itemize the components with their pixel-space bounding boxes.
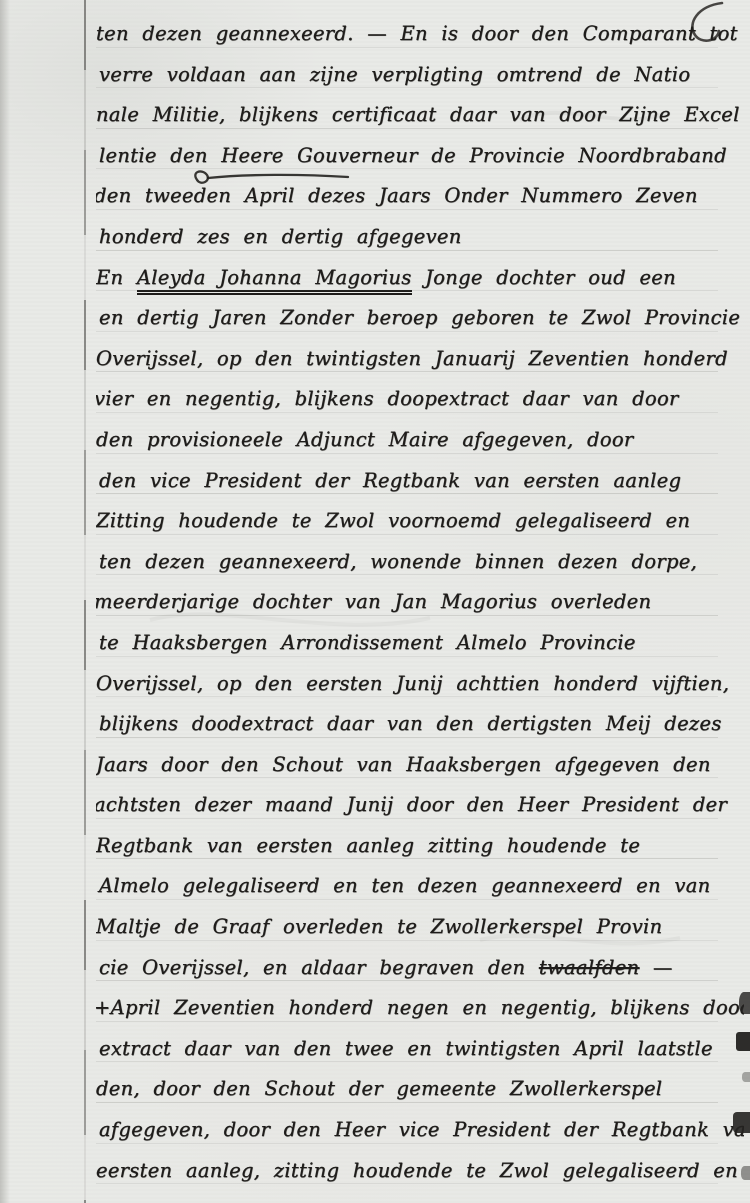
manuscript-line: ten dezen geannexeerd, wonende binnen de…	[99, 542, 744, 583]
manuscript-text-segment: En	[96, 266, 137, 289]
manuscript-line: en dertig Jaren Zonder beroep geboren te…	[99, 298, 744, 339]
manuscript-line: Maltje de Graaf overleden te Zwollerkers…	[96, 907, 744, 948]
manuscript-text-segment: Zitting houdende te Zwol voornoemd geleg…	[96, 509, 690, 532]
manuscript-text-segment: blijkens doodextract daar van den dertig…	[99, 712, 722, 735]
manuscript-text-segment: ten dezen geannexeerd, wonende binnen de…	[99, 550, 697, 573]
manuscript-text-segment: Regtbank van eersten aanleg zitting houd…	[96, 834, 640, 857]
manuscript-text-segment: extract daar van den twee en twintigsten…	[99, 1037, 713, 1060]
struck-word: twaalfden	[539, 956, 640, 979]
underlined-name: Aleyda Johanna Magorius	[137, 266, 412, 295]
scan-artifact-blob	[741, 1166, 750, 1180]
manuscript-text-segment: te Haaksbergen Arrondissement Almelo Pro…	[99, 631, 636, 654]
manuscript-line: Almelo gelegaliseerd en ten dezen geanne…	[99, 866, 744, 907]
manuscript-line: Jaars door den Schout van Haaksbergen af…	[96, 745, 744, 786]
manuscript-line: den vice President der Regtbank van eers…	[99, 461, 744, 502]
manuscript-line: meerderjarige dochter van Jan Magorius o…	[96, 582, 744, 623]
manuscript-line: verre voldaan aan zijne verpligting omtr…	[99, 55, 744, 96]
scan-artifact-blob	[733, 1112, 750, 1133]
manuscript-line: En Aleyda Johanna Magorius Jonge dochter…	[96, 258, 744, 299]
scan-artifact-blob	[736, 1032, 750, 1051]
manuscript-line: afgegeven, door den Heer vice President …	[99, 1110, 744, 1151]
manuscript-text-segment: honderd zes en dertig afgegeven	[99, 225, 462, 248]
manuscript-text-segment: den, door den Schout der gemeente Zwolle…	[96, 1077, 662, 1100]
manuscript-line: Overijssel, op den eersten Junij achttie…	[96, 664, 744, 705]
manuscript-text-segment: nale Militie, blijkens certificaat daar …	[96, 103, 740, 126]
manuscript-line: Zitting houdende te Zwol voornoemd geleg…	[96, 501, 744, 542]
manuscript-text-segment: Jaars door den Schout van Haaksbergen af…	[96, 753, 711, 776]
manuscript-text-segment: Jonge dochter oud een	[412, 266, 676, 289]
manuscript-line: achtsten dezer maand Junij door den Heer…	[96, 785, 744, 826]
manuscript-text-segment: en dertig Jaren Zonder beroep geboren te…	[99, 306, 740, 329]
manuscript-line: +April Zeventien honderd negen en negent…	[96, 988, 744, 1029]
manuscript-text-segment: ten dezen geannexeerd. — En is door den …	[96, 22, 744, 45]
manuscript-line: den provisioneele Adjunct Maire afgegeve…	[96, 420, 744, 461]
manuscript-line: Overijssel, op den twintigsten Januarij …	[96, 339, 744, 380]
manuscript-text-segment: den tweeden April dezes Jaars Onder Numm…	[96, 184, 698, 207]
manuscript-line: lentie den Heere Gouverneur de Provincie…	[99, 136, 744, 177]
manuscript-text: ten dezen geannexeerd. — En is door den …	[96, 14, 744, 1191]
manuscript-line: den tweeden April dezes Jaars Onder Numm…	[96, 176, 744, 217]
manuscript-line: honderd zes en dertig afgegeven	[99, 217, 744, 258]
manuscript-text-segment: lentie den Heere Gouverneur de Provincie…	[99, 144, 727, 167]
manuscript-line: Regtbank van eersten aanleg zitting houd…	[96, 826, 744, 867]
manuscript-line: den, door den Schout der gemeente Zwolle…	[96, 1069, 744, 1110]
manuscript-text-segment: —	[639, 956, 672, 979]
manuscript-text-segment: den vice President der Regtbank van eers…	[99, 469, 681, 492]
manuscript-text-segment: Overijssel, op den eersten Junij achttie…	[96, 672, 729, 695]
manuscript-line: vier en negentig, blijkens doopextract d…	[96, 379, 744, 420]
manuscript-text-segment: vier en negentig, blijkens doopextract d…	[96, 387, 679, 410]
manuscript-line: te Haaksbergen Arrondissement Almelo Pro…	[99, 623, 744, 664]
manuscript-text-segment: Almelo gelegaliseerd en ten dezen geanne…	[99, 874, 711, 897]
scan-artifact-blob	[739, 992, 750, 1014]
manuscript-text-segment: den provisioneele Adjunct Maire afgegeve…	[96, 428, 634, 451]
manuscript-text-segment: meerderjarige dochter van Jan Magorius o…	[96, 590, 651, 613]
manuscript-text-segment: Maltje de Graaf overleden te Zwollerkers…	[96, 915, 662, 938]
manuscript-text-segment: verre voldaan aan zijne verpligting omtr…	[99, 63, 690, 86]
manuscript-line: ten dezen geannexeerd. — En is door den …	[96, 14, 744, 55]
manuscript-line: extract daar van den twee en twintigsten…	[99, 1029, 744, 1070]
manuscript-text-segment: eersten aanleg, zitting houdende te Zwol…	[96, 1159, 738, 1182]
manuscript-line: blijkens doodextract daar van den dertig…	[99, 704, 744, 745]
manuscript-line: cie Overijssel, en aldaar begraven den t…	[99, 948, 744, 989]
manuscript-text-segment: afgegeven, door den Heer vice President …	[99, 1118, 744, 1141]
manuscript-line: nale Militie, blijkens certificaat daar …	[96, 95, 744, 136]
manuscript-text-segment: Overijssel, op den twintigsten Januarij …	[96, 347, 728, 370]
manuscript-text-segment: cie Overijssel, en aldaar begraven den	[99, 956, 539, 979]
manuscript-text-segment: achtsten dezer maand Junij door den Heer…	[96, 793, 727, 816]
scan-artifact-blob	[742, 1072, 750, 1082]
manuscript-line: eersten aanleg, zitting houdende te Zwol…	[96, 1151, 744, 1192]
manuscript-text-segment: +April Zeventien honderd negen en negent…	[96, 996, 744, 1019]
scanned-document-page: ten dezen geannexeerd. — En is door den …	[0, 0, 750, 1203]
